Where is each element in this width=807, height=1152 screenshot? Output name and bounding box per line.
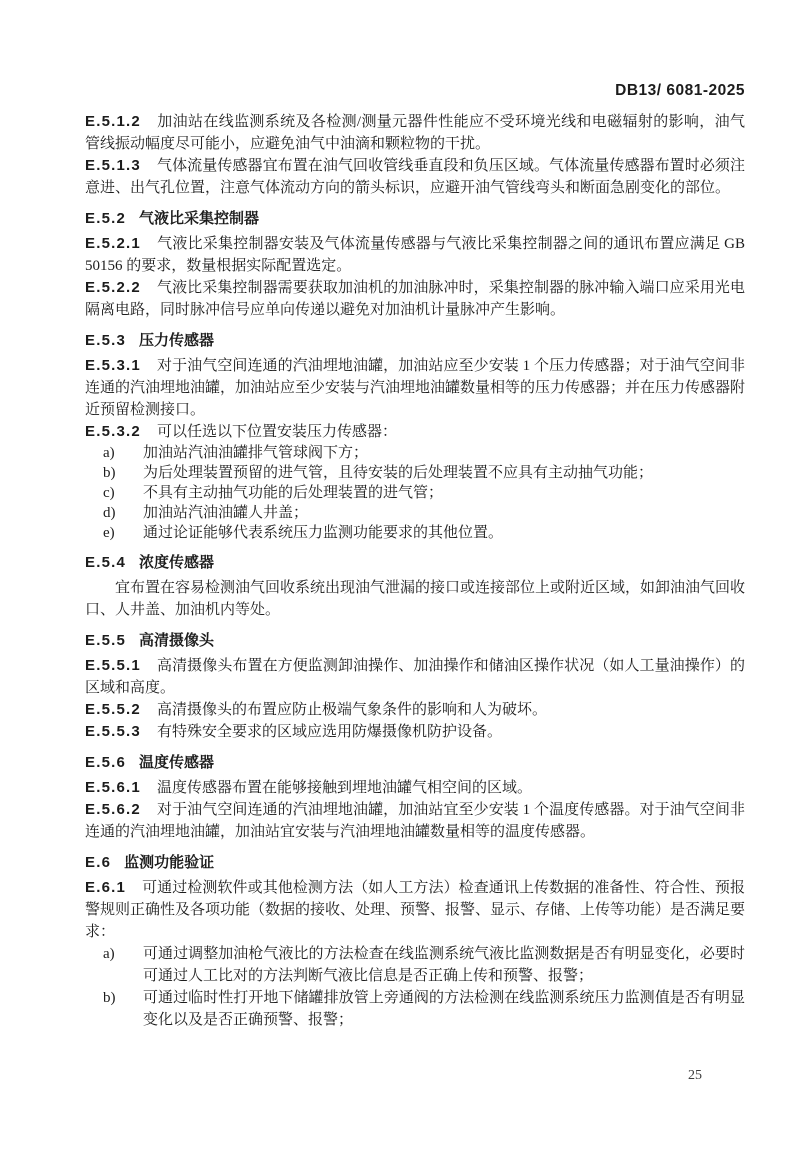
clause-text: 可通过检测软件或其他检测方法（如人工方法）检查通讯上传数据的准备性、符合性、预报…	[85, 880, 745, 940]
clause-text: 对于油气空间连通的汽油埋地油罐，加油站应至少安装 1 个压力传感器；对于油气空间…	[85, 358, 745, 418]
clause: E.5.6.2对于油气空间连通的汽油埋地油罐，加油站宜至少安装 1 个温度传感器…	[85, 799, 745, 843]
list-item: e)通过论证能够代表系统压力监测功能要求的其他位置。	[85, 523, 745, 543]
page-number: 25	[688, 1068, 702, 1084]
heading-number: E.5.6	[85, 754, 126, 771]
list-item: a)加油站汽油油罐排气管球阀下方；	[85, 443, 745, 463]
clause-text: 对于油气空间连通的汽油埋地油罐，加油站宜至少安装 1 个温度传感器。对于油气空间…	[85, 802, 745, 840]
list-item-text: 可通过调整加油枪气液比的方法检查在线监测系统气液比监测数据是否有明显变化，必要时…	[143, 943, 745, 987]
clause: E.5.3.1对于油气空间连通的汽油埋地油罐，加油站应至少安装 1 个压力传感器…	[85, 355, 745, 421]
ordered-list: a)加油站汽油油罐排气管球阀下方； b)为后处理装置预留的进气管，且待安装的后处…	[85, 443, 745, 543]
list-item: c)不具有主动抽气功能的后处理装置的进气管；	[85, 483, 745, 503]
list-item-label: d)	[103, 503, 125, 523]
list-item-label: c)	[103, 483, 125, 503]
clause-number: E.5.6.2	[85, 801, 141, 818]
heading-number: E.5.2	[85, 210, 126, 227]
clause-text: 加油站在线监测系统及各检测/测量元器件性能应不受环境光线和电磁辐射的影响，油气管…	[85, 114, 745, 152]
clause-number: E.5.3.2	[85, 423, 141, 440]
section-heading: E.5.5高清摄像头	[85, 630, 745, 652]
section-heading: E.5.6温度传感器	[85, 752, 745, 774]
clause-text: 气液比采集控制器需要获取加油机的加油脉冲时，采集控制器的脉冲输入端口应采用光电隔…	[85, 280, 745, 318]
clause-number: E.5.5.2	[85, 701, 141, 718]
clause: E.5.5.1高清摄像头布置在方便监测卸油操作、加油操作和储油区操作状况（如人工…	[85, 655, 745, 699]
clause-number: E.5.2.1	[85, 235, 141, 252]
clause: E.5.2.2气液比采集控制器需要获取加油机的加油脉冲时，采集控制器的脉冲输入端…	[85, 277, 745, 321]
heading-title: 浓度传感器	[139, 554, 214, 571]
list-item-text: 为后处理装置预留的进气管，且待安装的后处理装置不应具有主动抽气功能；	[143, 463, 745, 483]
clause: E.6.1可通过检测软件或其他检测方法（如人工方法）检查通讯上传数据的准备性、符…	[85, 877, 745, 943]
clause-text: 高清摄像头布置在方便监测卸油操作、加油操作和储油区操作状况（如人工量油操作）的区…	[85, 658, 745, 696]
clause-text: 温度传感器布置在能够接触到埋地油罐气相空间的区域。	[157, 780, 532, 796]
heading-title: 温度传感器	[139, 754, 214, 771]
clause-text: 高清摄像头的布置应防止极端气象条件的影响和人为破坏。	[157, 702, 547, 718]
heading-title: 监测功能验证	[124, 854, 214, 871]
list-item-text: 加油站汽油油罐人井盖；	[143, 503, 745, 523]
heading-title: 压力传感器	[139, 332, 214, 349]
clause-text: 气液比采集控制器安装及气体流量传感器与气液比采集控制器之间的通讯布置应满足 GB…	[85, 236, 745, 274]
clause-number: E.5.1.3	[85, 157, 141, 174]
clause-number: E.6.1	[85, 879, 126, 896]
list-item-label: e)	[103, 523, 125, 543]
clause: E.5.1.3气体流量传感器宜布置在油气回收管线垂直段和负压区域。气体流量传感器…	[85, 155, 745, 199]
section-heading: E.5.2气液比采集控制器	[85, 208, 745, 230]
clause-number: E.5.1.2	[85, 113, 141, 130]
section-heading: E.6监测功能验证	[85, 852, 745, 874]
body-paragraph: 宜布置在容易检测油气回收系统出现油气泄漏的接口或连接部位上或附近区域，如卸油油气…	[85, 577, 745, 621]
heading-title: 气液比采集控制器	[139, 210, 259, 227]
heading-number: E.6	[85, 854, 111, 871]
list-item-label: a)	[103, 443, 125, 463]
list-item-text: 不具有主动抽气功能的后处理装置的进气管；	[143, 483, 745, 503]
list-item-label: b)	[103, 987, 125, 1031]
list-item: b)为后处理装置预留的进气管，且待安装的后处理装置不应具有主动抽气功能；	[85, 463, 745, 483]
clause-number: E.5.6.1	[85, 779, 141, 796]
doc-code: DB13/ 6081-2025	[85, 82, 745, 100]
list-item: b)可通过临时性打开地下储罐排放管上旁通阀的方法检测在线监测系统压力监测值是否有…	[85, 987, 745, 1031]
document-page: DB13/ 6081-2025 E.5.1.2加油站在线监测系统及各检测/测量元…	[0, 0, 807, 1152]
clause-text: 可以任选以下位置安装压力传感器：	[157, 424, 397, 440]
list-item-label: b)	[103, 463, 125, 483]
clause-number: E.5.5.1	[85, 657, 141, 674]
section-heading: E.5.4浓度传感器	[85, 552, 745, 574]
heading-number: E.5.5	[85, 632, 126, 649]
page-content: DB13/ 6081-2025 E.5.1.2加油站在线监测系统及各检测/测量元…	[85, 82, 745, 1031]
clause-number: E.5.5.3	[85, 723, 141, 740]
list-item-text: 通过论证能够代表系统压力监测功能要求的其他位置。	[143, 523, 745, 543]
clause: E.5.6.1温度传感器布置在能够接触到埋地油罐气相空间的区域。	[85, 777, 745, 799]
clause: E.5.1.2加油站在线监测系统及各检测/测量元器件性能应不受环境光线和电磁辐射…	[85, 111, 745, 155]
list-item: d)加油站汽油油罐人井盖；	[85, 503, 745, 523]
list-item-text: 加油站汽油油罐排气管球阀下方；	[143, 443, 745, 463]
clause-text: 有特殊安全要求的区域应选用防爆摄像机防护设备。	[157, 724, 502, 740]
section-heading: E.5.3压力传感器	[85, 330, 745, 352]
clause: E.5.5.2高清摄像头的布置应防止极端气象条件的影响和人为破坏。	[85, 699, 745, 721]
ordered-list: a)可通过调整加油枪气液比的方法检查在线监测系统气液比监测数据是否有明显变化，必…	[85, 943, 745, 1031]
list-item: a)可通过调整加油枪气液比的方法检查在线监测系统气液比监测数据是否有明显变化，必…	[85, 943, 745, 987]
clause: E.5.5.3有特殊安全要求的区域应选用防爆摄像机防护设备。	[85, 721, 745, 743]
clause-text: 气体流量传感器宜布置在油气回收管线垂直段和负压区域。气体流量传感器布置时必须注意…	[85, 158, 745, 196]
heading-title: 高清摄像头	[139, 632, 214, 649]
clause-number: E.5.2.2	[85, 279, 141, 296]
clause-number: E.5.3.1	[85, 357, 141, 374]
heading-number: E.5.4	[85, 554, 126, 571]
clause: E.5.2.1气液比采集控制器安装及气体流量传感器与气液比采集控制器之间的通讯布…	[85, 233, 745, 277]
list-item-text: 可通过临时性打开地下储罐排放管上旁通阀的方法检测在线监测系统压力监测值是否有明显…	[143, 987, 745, 1031]
heading-number: E.5.3	[85, 332, 126, 349]
clause: E.5.3.2可以任选以下位置安装压力传感器：	[85, 421, 745, 443]
list-item-label: a)	[103, 943, 125, 987]
